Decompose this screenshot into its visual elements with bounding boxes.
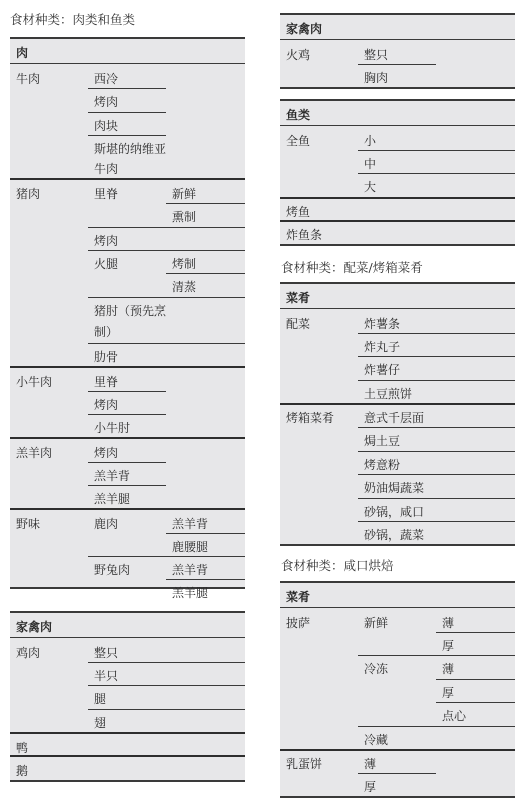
table-poultry: 家禽肉 鸡肉 整只 半只 腿 翅 鸭 鹅 <box>10 611 245 782</box>
sub-leg: 羔羊腿 <box>166 579 208 604</box>
group-pizza: 披萨 <box>280 609 310 634</box>
item-potato-pancake: 土豆煎饼 <box>358 380 412 405</box>
group-veal: 小牛肉 <box>10 368 52 393</box>
item-chilled: 冷藏 <box>358 726 388 751</box>
group-game: 野味 <box>10 510 40 535</box>
item-fresh: 新鲜 <box>358 609 388 634</box>
sub-thick: 厚 <box>436 632 454 657</box>
item-large: 大 <box>358 173 376 198</box>
item-ham: 火腿 <box>88 250 118 275</box>
group-chicken: 鸡肉 <box>10 639 40 664</box>
caption-sides-casseroles: 食材种类：配菜/烤箱菜肴 <box>281 258 423 276</box>
item-casserole-savoury: 砂锅，咸口 <box>358 498 424 523</box>
divider <box>358 173 515 174</box>
caption-savory-baking: 食材种类：咸口烘焙 <box>281 556 394 574</box>
table-fish: 鱼类 全鱼 小 中 大 烤鱼 炸鱼条 <box>280 99 515 246</box>
item-lamb-saddle: 羔羊背 <box>88 462 130 487</box>
group-sides: 配菜 <box>280 310 310 335</box>
item-whole: 整只 <box>88 639 118 664</box>
item-leg: 腿 <box>88 685 106 710</box>
divider <box>10 637 245 638</box>
divider <box>358 150 515 151</box>
item-medium: 中 <box>358 150 376 175</box>
item-croquettes: 炸丸子 <box>358 333 400 358</box>
item-loin: 里脊 <box>88 180 118 205</box>
divider <box>280 197 515 199</box>
item-hare: 野兔肉 <box>88 556 130 581</box>
table-poultry-turkey: 家禽肉 火鸡 整只 胸肉 <box>280 13 515 89</box>
item-sirloin: 西冷 <box>88 65 118 90</box>
table-header: 肉 <box>10 39 28 64</box>
divider <box>10 178 245 180</box>
item-lamb-leg: 羔羊腿 <box>88 485 130 510</box>
group-pork: 猪肉 <box>10 180 40 205</box>
item-vegetable-gratin: 奶油焗蔬菜 <box>358 474 424 499</box>
divider <box>10 508 245 510</box>
item-lasagne: 意式千层面 <box>358 404 424 429</box>
item-roast: 烤肉 <box>88 391 118 416</box>
divider <box>88 685 245 686</box>
sub-thick: 厚 <box>436 679 454 704</box>
group-casseroles: 烤箱菜肴 <box>280 404 334 429</box>
item-scandinavian-beef-label: 斯堪的纳维亚牛肉 <box>94 142 166 176</box>
item-baked-pasta: 烤意粉 <box>358 451 400 476</box>
item-rosti: 炸薯仔 <box>358 356 400 381</box>
item-scandinavian-beef: 斯堪的纳维亚牛肉 <box>88 135 168 179</box>
divider <box>10 755 245 757</box>
item-roast: 烤肉 <box>88 439 118 464</box>
item-roast: 烤肉 <box>88 227 118 252</box>
sub-snack: 点心 <box>436 702 466 727</box>
group-lamb: 羔羊肉 <box>10 439 52 464</box>
table-header: 菜肴 <box>280 583 310 608</box>
item-casserole-vegetable: 砂锅，蔬菜 <box>358 521 424 546</box>
item-chunk: 肉块 <box>88 112 118 137</box>
item-small: 小 <box>358 127 376 152</box>
divider <box>280 125 515 126</box>
table-header: 家禽肉 <box>10 613 52 638</box>
sub-thin: 薄 <box>436 655 454 680</box>
group-beef: 牛肉 <box>10 65 40 90</box>
item-frozen: 冷冻 <box>358 655 388 680</box>
sub-roasted: 烤制 <box>166 250 196 275</box>
item-thin: 薄 <box>358 750 376 775</box>
divider <box>10 63 245 64</box>
sub-thin: 薄 <box>436 609 454 634</box>
table-header: 菜肴 <box>280 284 310 309</box>
divider <box>10 732 245 734</box>
item-breast: 胸肉 <box>358 64 388 89</box>
item-pork-knuckle: 猪肘（预先烹制） <box>88 297 170 343</box>
sub-saddle: 羔羊背 <box>166 556 208 581</box>
sub-fresh: 新鲜 <box>166 180 196 205</box>
caption-meat-fish: 食材种类：肉类和鱼类 <box>10 10 135 28</box>
group-goose: 鹅 <box>10 757 28 782</box>
divider <box>280 607 515 608</box>
table-header: 鱼类 <box>280 101 310 126</box>
item-half: 半只 <box>88 662 118 687</box>
item-roast: 烤肉 <box>88 88 118 113</box>
item-loin: 里脊 <box>88 368 118 393</box>
item-thick: 厚 <box>358 773 376 798</box>
table-dishes-sides: 菜肴 配菜 炸薯条 炸丸子 炸薯仔 土豆煎饼 烤箱菜肴 意式千层面 焗土豆 烤意… <box>280 282 515 546</box>
group-fish-fingers: 炸鱼条 <box>280 221 322 246</box>
divider <box>88 709 245 710</box>
item-fries: 炸薯条 <box>358 310 400 335</box>
item-wing: 翅 <box>88 709 106 734</box>
item-pork-knuckle-label: 猪肘（预先烹制） <box>94 304 166 339</box>
divider <box>280 308 515 309</box>
item-whole: 整只 <box>358 41 388 66</box>
table-dishes-baking: 菜肴 披萨 新鲜 薄 厚 冷冻 薄 厚 点心 冷藏 乳蛋饼 薄 厚 <box>280 581 515 798</box>
item-veal-shank: 小牛肘 <box>88 414 130 439</box>
sub-steamed: 清蒸 <box>166 273 196 298</box>
group-turkey: 火鸡 <box>280 41 310 66</box>
table-meat: 肉 牛肉 西冷 烤肉 肉块 斯堪的纳维亚牛肉 猪肉 里脊 新鲜 熏制 烤肉 火腿… <box>10 37 245 589</box>
group-quiche: 乳蛋饼 <box>280 750 322 775</box>
item-venison: 鹿肉 <box>88 510 118 535</box>
group-whole-fish: 全鱼 <box>280 127 310 152</box>
divider <box>280 39 515 40</box>
sub-smoked: 熏制 <box>166 203 196 228</box>
item-potato-gratin: 焗土豆 <box>358 427 400 452</box>
sub-haunch: 鹿腰腿 <box>166 533 208 558</box>
item-ribs: 肋骨 <box>88 343 118 368</box>
sub-saddle: 羔羊背 <box>166 510 208 535</box>
table-header: 家禽肉 <box>280 15 322 40</box>
